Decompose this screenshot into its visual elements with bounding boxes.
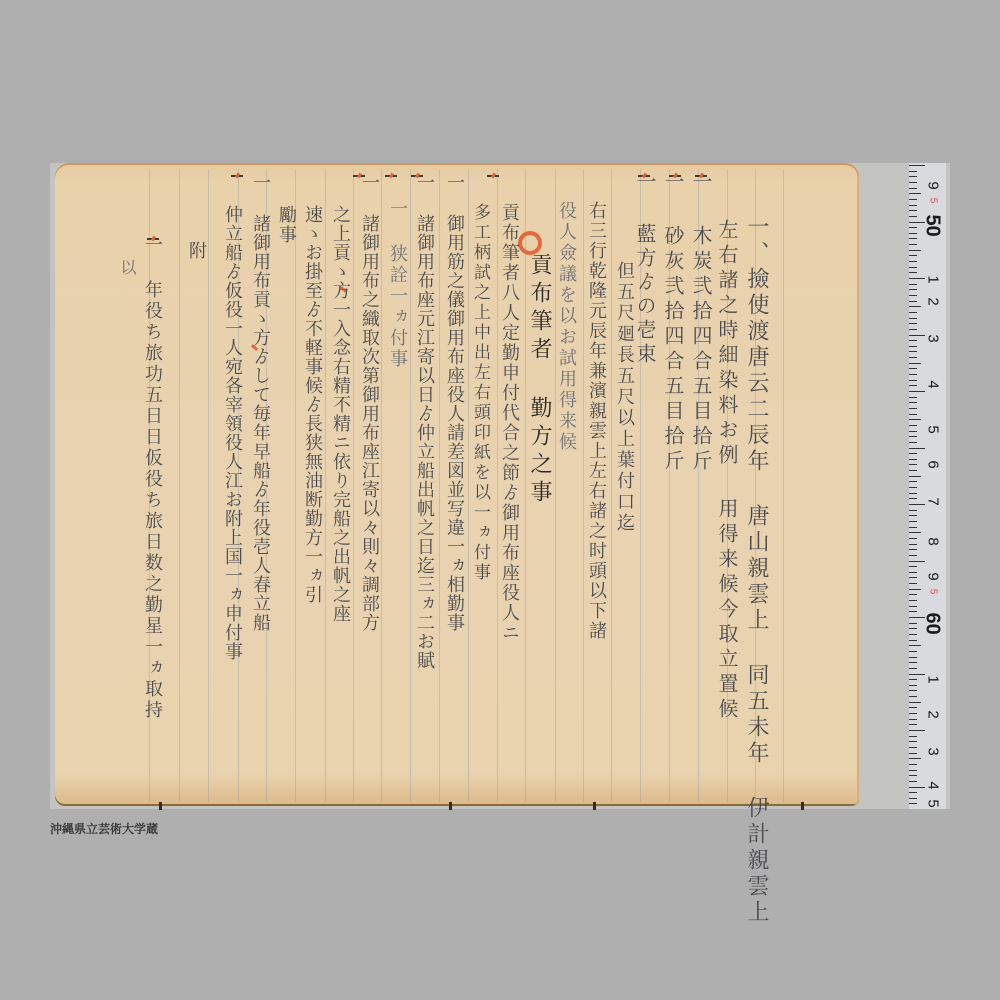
ruler-label: 5 xyxy=(925,794,942,810)
ruler-tick xyxy=(909,758,921,759)
ruler-tick xyxy=(909,566,917,567)
ruler-tick xyxy=(909,267,917,268)
ruler-tick xyxy=(909,747,917,748)
ruler-tick xyxy=(909,674,925,675)
ruler-tick xyxy=(909,645,921,646)
ruler-tick xyxy=(909,216,917,217)
text-column: 一 藍方ゟの壱束 xyxy=(635,171,655,367)
ruled-line xyxy=(497,169,498,802)
ruler-tick xyxy=(909,532,921,533)
ruler-tick xyxy=(909,278,925,279)
ruler-tick xyxy=(909,335,925,336)
text-column: 勵事 xyxy=(277,205,295,245)
text-column: 一 御用筋之儀御用布座役人請差図並写違一ヵ相勤事 xyxy=(445,173,463,632)
ruler-tick xyxy=(909,346,917,347)
ruler-tick xyxy=(909,323,917,324)
ruler-label: 60 xyxy=(921,613,944,633)
ruler-label: 6 xyxy=(925,455,942,475)
ruler-tick xyxy=(909,182,917,183)
ruler-tick xyxy=(909,544,917,545)
ruler-tick xyxy=(909,679,917,680)
collection-credit: 沖縄県立芸術大学蔵 xyxy=(50,820,158,837)
ruler-label: 7 xyxy=(925,492,942,512)
ruler-label: 4 xyxy=(925,375,942,395)
text-column: 一 諸御用布之織取次第御用布座江寄以々則々調部方 xyxy=(360,173,378,632)
text-column: 一 狭詮一ヵ付事 xyxy=(388,199,406,370)
ruled-line xyxy=(208,169,209,802)
ruler-tick xyxy=(909,250,921,251)
ruler-tick xyxy=(909,589,921,590)
ruler-tick xyxy=(909,792,917,793)
section-mark-icon xyxy=(487,175,499,177)
ruler-label: 1 xyxy=(925,270,942,290)
section-mark-icon xyxy=(231,175,243,177)
ruler-label: 5 xyxy=(928,191,939,211)
ruled-line xyxy=(295,169,296,802)
binding-notch xyxy=(593,802,596,810)
ruler-tick xyxy=(909,414,917,415)
ruled-line xyxy=(381,169,382,802)
ruler-tick xyxy=(909,572,917,573)
ruler-tick xyxy=(909,171,917,172)
ruler-tick xyxy=(909,391,925,392)
ruler-tick xyxy=(909,351,917,352)
ruler-tick xyxy=(909,577,917,578)
ruler-tick xyxy=(909,696,917,697)
ruler-tick xyxy=(909,702,921,703)
ruler-tick xyxy=(909,340,917,341)
ruler-tick xyxy=(909,662,917,663)
ruler-tick xyxy=(909,238,917,239)
ruler-tick xyxy=(909,510,917,511)
ruler-tick xyxy=(909,741,917,742)
binding-notch xyxy=(159,802,162,810)
ruler-tick xyxy=(909,295,917,296)
ruler-tick xyxy=(909,436,917,437)
ruler-tick xyxy=(909,397,917,398)
ruler-tick xyxy=(909,657,917,658)
ruler-tick xyxy=(909,408,917,409)
ruler-tick xyxy=(909,775,917,776)
ruler-tick xyxy=(909,363,921,364)
ruler-label: 3 xyxy=(925,742,942,762)
text-column: 但五尺廻長五尺以上葉付口迄 xyxy=(615,261,633,534)
text-column: 一 砂灰弐拾四合五目拾斤 xyxy=(663,171,683,475)
ruler-tick xyxy=(909,690,917,691)
ruler-label: 5 xyxy=(928,582,939,602)
ruler-tick xyxy=(909,385,917,386)
ruler-tick xyxy=(909,611,917,612)
ruler-tick xyxy=(909,719,917,720)
ruler-tick xyxy=(909,205,917,206)
ruler-tick xyxy=(909,284,917,285)
ruler-tick xyxy=(909,301,917,302)
ruler-tick xyxy=(909,193,921,194)
notebook-page: 一、撿使渡唐云二辰年 唐山親雲上 同五未年 伊計親雲上 左右諸之時細染料お例 用… xyxy=(55,163,859,806)
ruler-tick xyxy=(909,515,917,516)
text-column: 之上貢ゝ方一入念右精不精ニ依り完船之出帆之座 xyxy=(331,205,349,623)
ruled-line xyxy=(439,169,440,802)
ruler-label: 8 xyxy=(925,532,942,552)
ruler-tick xyxy=(909,272,917,273)
ruler-tick xyxy=(909,464,917,465)
ruler-tick xyxy=(909,770,917,771)
ruler-tick xyxy=(909,504,925,505)
ruler-tick xyxy=(909,561,925,562)
ruler-tick xyxy=(909,318,917,319)
ruler-tick xyxy=(909,357,917,358)
text-column: 附 xyxy=(187,241,205,261)
ruler-tick xyxy=(909,199,917,200)
ruler-tick xyxy=(909,538,917,539)
ruler-tick xyxy=(909,724,917,725)
ruler-tick xyxy=(909,368,917,369)
text-column: 多工柄試之上中出左右頭印紙を以一ヵ付事 xyxy=(471,203,488,583)
ruler-tick xyxy=(909,425,917,426)
text-column: 役人僉議を以お試用得来候 xyxy=(557,201,575,453)
ruler-tick xyxy=(909,753,917,754)
ruler-label: 1 xyxy=(925,670,942,690)
text-column: 仲立船ゟ仮役一人宛各宰領役人江お附上国一ヵ申付事 xyxy=(223,205,241,661)
ruler-tick xyxy=(909,594,917,595)
ruled-line xyxy=(410,169,411,802)
ruler-tick xyxy=(909,798,917,799)
ruler-tick xyxy=(909,312,917,313)
document-photo: 一、撿使渡唐云二辰年 唐山親雲上 同五未年 伊計親雲上 左右諸之時細染料お例 用… xyxy=(50,163,950,809)
binding-notch xyxy=(801,802,804,810)
ruler-tick xyxy=(909,261,917,262)
text-column: 以 xyxy=(119,259,135,277)
ruled-line xyxy=(583,169,584,802)
text-column: 一 諸御用布貢ゝ方ゟして毎年早船ゟ年役壱人春立船 xyxy=(251,173,269,632)
ruler-tick xyxy=(909,419,921,420)
text-column: 一、撿使渡唐云二辰年 唐山親雲上 同五未年 伊計親雲上 xyxy=(745,215,767,926)
text-column: 左右諸之時細染料お例 用得来候今取立置候 xyxy=(717,219,737,723)
ruler-tick xyxy=(909,736,917,737)
ruler-tick xyxy=(909,764,917,765)
ruler-tick xyxy=(909,476,921,477)
ruler-tick xyxy=(909,233,917,234)
ruler-label: 2 xyxy=(925,292,942,312)
ruler-label: 50 xyxy=(921,215,944,235)
ruler-tick xyxy=(909,453,917,454)
ruler-tick xyxy=(909,606,917,607)
text-column: 右三行乾隆元辰年兼濱親雲上左右諸之时頭以下諸 xyxy=(587,201,605,641)
ruler-tick xyxy=(909,668,917,669)
ruler-tick xyxy=(909,329,917,330)
ruler-tick xyxy=(909,431,917,432)
text-column: 一 木炭弐拾四合五目拾斤 xyxy=(691,171,711,475)
ruler-tick xyxy=(909,781,917,782)
ruled-line xyxy=(179,169,180,802)
section-mark-icon xyxy=(385,175,397,177)
ruler-tick xyxy=(909,803,917,804)
ruled-line xyxy=(525,169,526,802)
ruler-label: 5 xyxy=(925,420,942,440)
ruler-tick xyxy=(909,487,917,488)
ruler-tick xyxy=(909,244,917,245)
section-heading: 貢布筆者 勤方之事 xyxy=(528,253,550,508)
ruler-tick xyxy=(909,210,917,211)
ruler-tick xyxy=(909,470,917,471)
ruler-tick xyxy=(909,176,917,177)
ruler-tick xyxy=(909,634,917,635)
measuring-ruler: 955012345678956012345 xyxy=(908,163,946,809)
ruled-line xyxy=(783,169,784,802)
ruler-tick xyxy=(909,255,917,256)
ruler-tick xyxy=(909,521,917,522)
binding-notch xyxy=(449,802,452,810)
ruler-tick xyxy=(909,374,917,375)
text-column: 貢布筆者八人定勤申付代合之節ゟ御用布座役人ニ xyxy=(500,203,518,643)
ruler-tick xyxy=(909,685,917,686)
ruler-tick xyxy=(909,227,917,228)
ruler-tick xyxy=(909,442,917,443)
ruler-label: 3 xyxy=(925,329,942,349)
ruler-tick xyxy=(909,549,917,550)
ruler-tick xyxy=(909,188,917,189)
red-circle-mark-icon xyxy=(518,231,542,255)
ruler-tick xyxy=(909,651,917,652)
ruler-tick xyxy=(909,380,917,381)
text-column: 速ゝお掛至ゟ不軽事候ゟ長狭無油断勤方一ヵ引 xyxy=(303,205,321,604)
ruler-tick xyxy=(909,527,917,528)
ruled-line xyxy=(611,169,612,802)
ruler-tick xyxy=(909,289,917,290)
ruler-label: 2 xyxy=(925,705,942,725)
ruler-tick xyxy=(909,730,925,731)
ruler-tick xyxy=(909,600,917,601)
ruler-tick xyxy=(909,459,917,460)
ruler-tick xyxy=(909,640,917,641)
ruler-tick xyxy=(909,623,917,624)
ruler-tick xyxy=(909,493,917,494)
ruler-label: 4 xyxy=(925,776,942,796)
text-column: 一 諸御用布座元江寄以日ゟ仲立船出帆之日迄三ヵ二お賦 xyxy=(415,173,433,670)
ruler-tick xyxy=(909,628,917,629)
ruled-line xyxy=(325,169,326,802)
ruled-line xyxy=(353,169,354,802)
ruler-tick xyxy=(909,481,917,482)
ruler-tick xyxy=(909,165,925,166)
ruler-tick xyxy=(909,707,917,708)
ruler-tick xyxy=(909,555,917,556)
ruler-tick xyxy=(909,787,925,788)
ruler-tick xyxy=(909,498,917,499)
ruler-tick xyxy=(909,306,921,307)
ruler-tick xyxy=(909,448,925,449)
ruler-tick xyxy=(909,713,917,714)
ruler-tick xyxy=(909,402,917,403)
text-column: 一 年役ち旅功五日日仮役ち旅日数之勤星一ヵ取持 xyxy=(143,235,161,721)
ruler-tick xyxy=(909,583,917,584)
ruled-line xyxy=(468,169,469,802)
